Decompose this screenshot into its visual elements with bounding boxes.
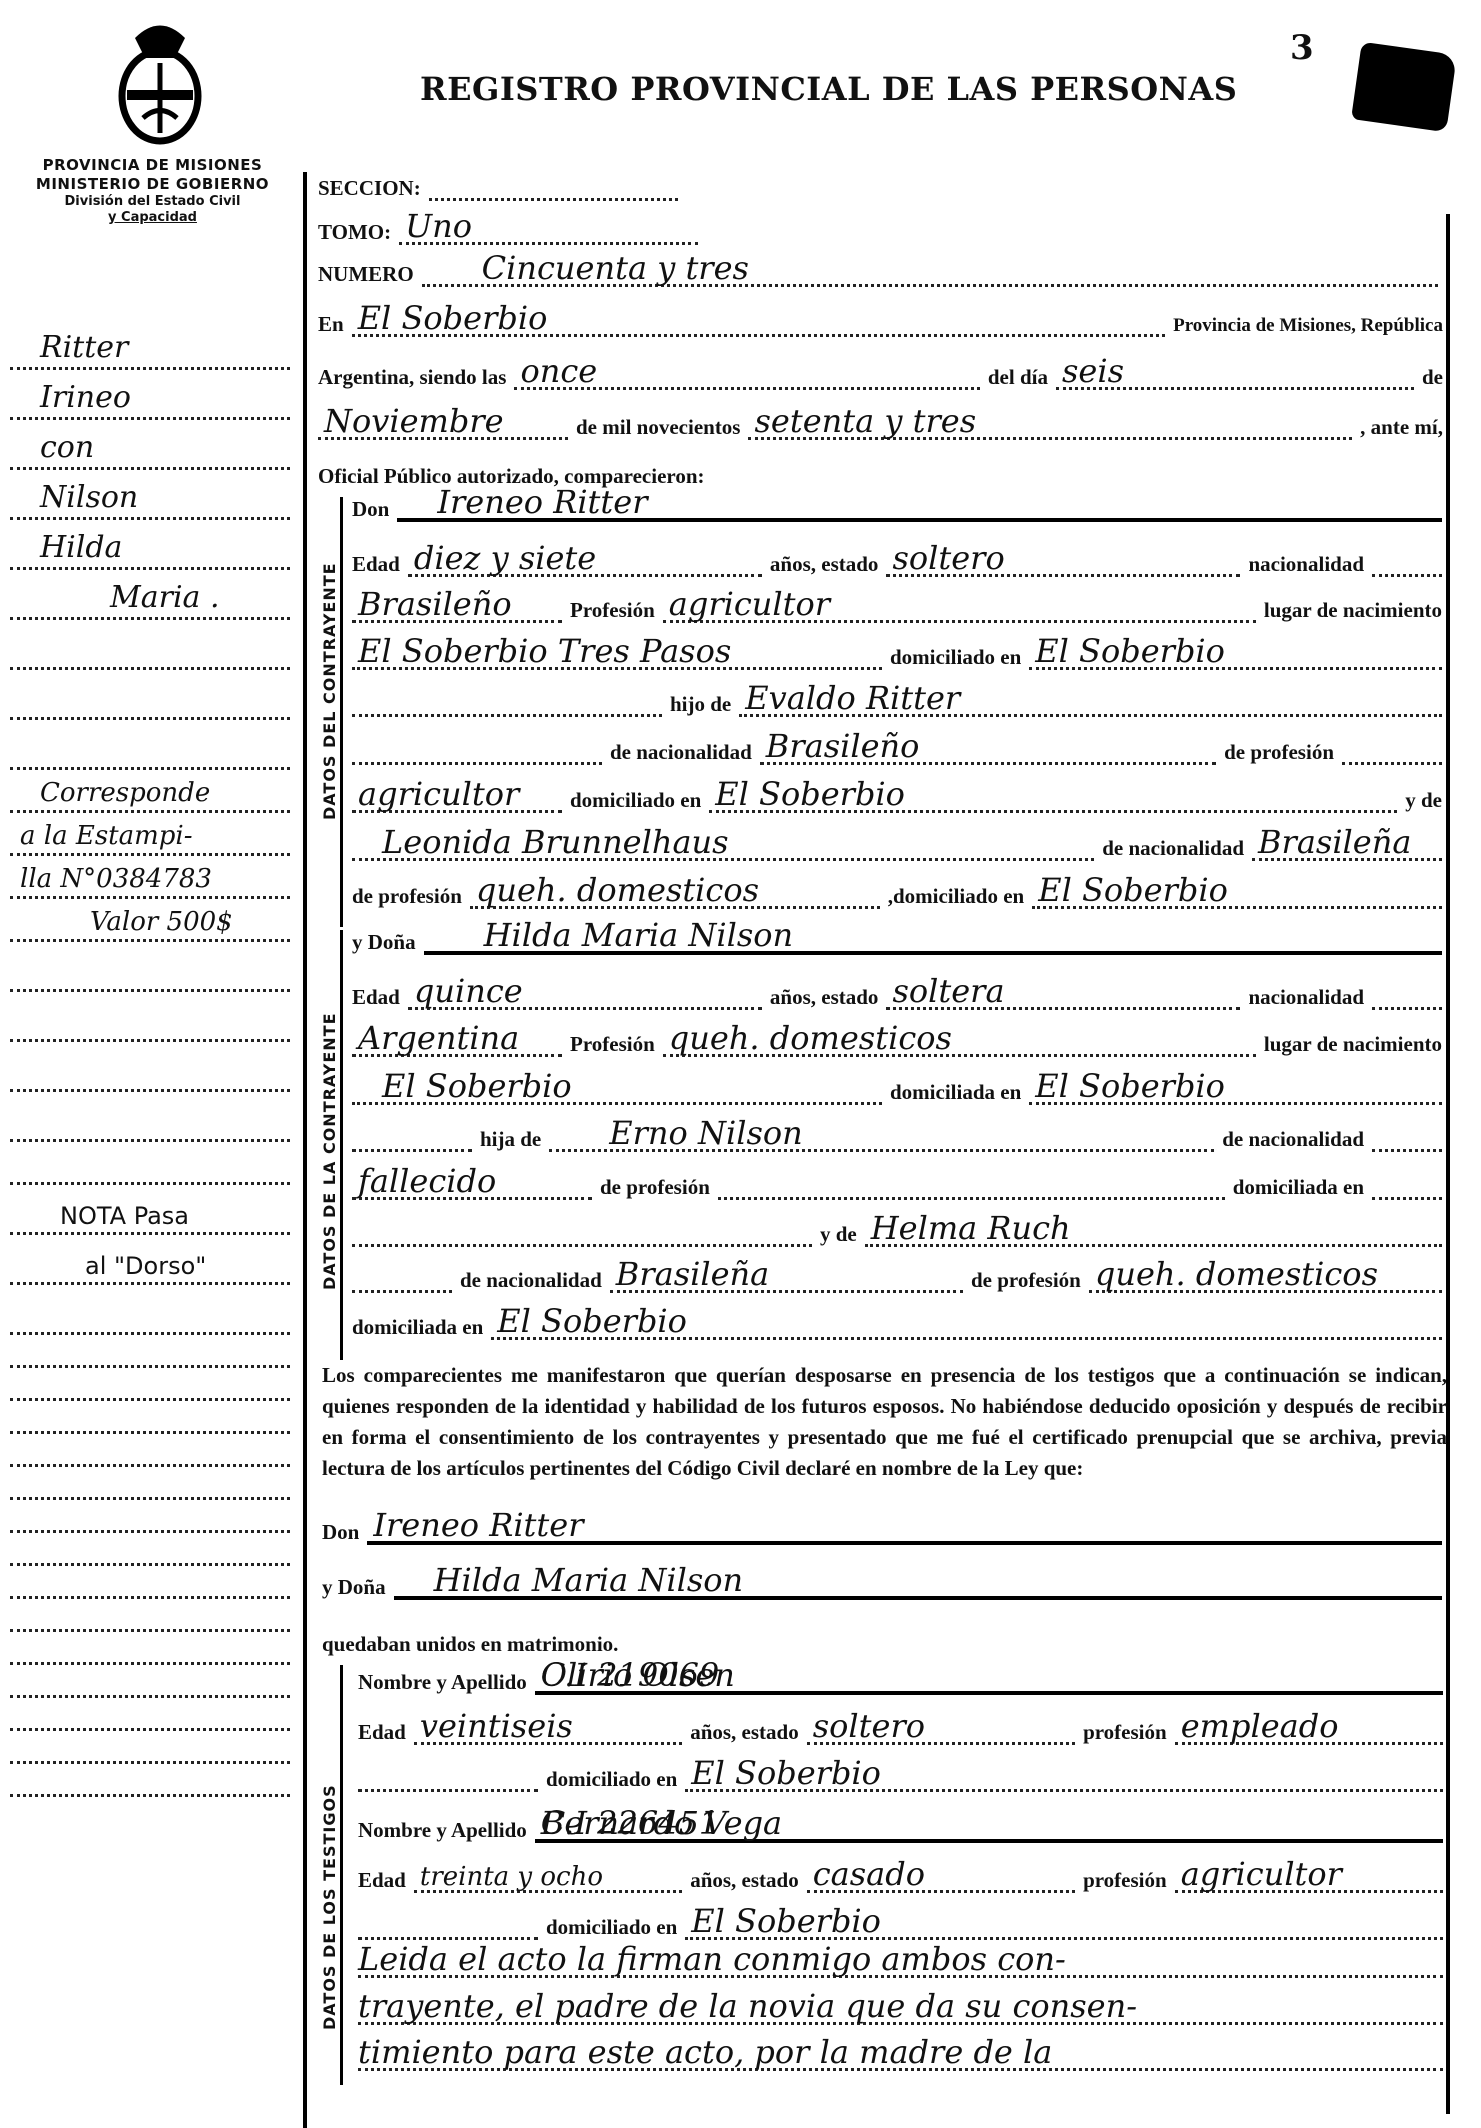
closing-line-3: timiento para este acto, por la madre de… [358,2058,1443,2071]
contrayenta-madre-field[interactable]: Helma Ruch [865,1234,1442,1247]
contrayenta-nacionalidad-field[interactable]: Argentina [352,1044,562,1057]
margin-line: lla N°0384783 [10,856,290,899]
contrayente-lugar-field[interactable]: El Soberbio Tres Pasos [352,657,882,670]
closing-line-1: Leida el acto la firman conmigo ambos co… [358,1965,1443,1978]
numero-field[interactable]: Cincuenta y tres [422,274,1438,287]
contrayenta-lugar-row: El Soberbio domiciliada en El Soberbio [352,1080,1442,1105]
margin-line [10,1142,290,1185]
testigo1-nombre-field[interactable]: Olirio Olsen C.I 219069 [535,1681,1443,1695]
margin-line [10,1599,290,1632]
section-label-testigos: DATOS DE LOS TESTIGOS [320,1784,339,2030]
contrayenta-padre-field[interactable]: Erno Nilson [549,1139,1214,1152]
contrayenta-madre-row: y de Helma Ruch [352,1222,1442,1247]
margin-line [10,1665,290,1698]
contrayenta-madre-dom-row: domiciliada en El Soberbio [352,1315,1442,1340]
contrayente-lugar-row: El Soberbio Tres Pasos domiciliado en El… [352,645,1442,670]
numero-row: NUMERO Cincuenta y tres [318,262,1438,287]
contrayenta-edad-row: Edad quince años, estado soltera naciona… [352,985,1442,1010]
margin-line: Irineo [10,370,290,420]
agency-subdivision: y Capacidad [10,210,295,226]
contrayente-edad-row: Edad diez y siete años, estado soltero n… [352,552,1442,577]
testigo1-edad-field[interactable]: veintiseis [414,1732,682,1745]
testigo2-estado-field[interactable]: casado [807,1880,1075,1893]
section-label-contrayente: DATOS DEL CONTRAYENTE [320,562,339,820]
declaration-closing: quedaban unidos en matrimonio. [322,1632,618,1657]
testigo1-nombre-row: Nombre y Apellido Olirio Olsen C.I 21906… [358,1670,1443,1695]
testigo1-domicilio-row: domiciliado en El Soberbio [358,1767,1443,1792]
contrayenta-profesion-row: Argentina Profesión queh. domesticos lug… [352,1032,1442,1057]
contrayente-nombre-row: Don Ireneo Ritter [352,497,1442,522]
contrayenta-padre-row: hija de Erno Nilson de nacionalidad [352,1127,1442,1152]
declaration-don-field[interactable]: Ireneo Ritter [367,1531,1442,1545]
margin-line [10,720,290,770]
margin-line: Maria . [10,570,290,620]
contrayente-edad-field[interactable]: diez y siete [408,564,762,577]
margin-line [10,1092,290,1142]
testigo1-profesion-field[interactable]: empleado [1175,1732,1443,1745]
margin-line: con [10,420,290,470]
margin-line [10,1764,290,1797]
margin-line: a la Estampi- [10,813,290,856]
testigos-rule [340,1665,343,2085]
margin-line [10,1731,290,1764]
testigo2-profesion-field[interactable]: agricultor [1175,1880,1443,1893]
contrayente-profesion-field[interactable]: agricultor [663,610,1256,623]
contrayenta-madre-nac-row: de nacionalidad Brasileña de profesión q… [352,1268,1442,1293]
margin-line [10,992,290,1042]
ink-stamp-blot [1351,42,1457,133]
margin-line: Corresponde [10,770,290,813]
margin-line [10,1566,290,1599]
coat-of-arms-icon [115,18,205,148]
contrayente-padre-nac-row: de nacionalidad Brasileño de profesión [352,740,1442,765]
issuing-agency: PROVINCIA DE MISIONES MINISTERIO DE GOBI… [10,156,295,226]
contrayente-nacionalidad-field[interactable]: Brasileño [352,610,562,623]
hora-field[interactable]: once [514,377,979,390]
contrayenta-padre-prof-row: fallecido de profesión domiciliada en [352,1175,1442,1200]
margin-line [10,1533,290,1566]
margin-line: Nilson [10,470,290,520]
margin-line [10,670,290,720]
seccion-row: SECCION: [318,176,678,201]
contrayenta-padre-profesion-field[interactable] [718,1187,1225,1200]
margin-line: Valor 500$ [10,899,290,942]
page-number: 3 [1290,28,1314,68]
margin-line [10,1042,290,1092]
testigo2-nombre-field[interactable]: Bernardo Vega C.I 226451 [535,1829,1443,1843]
margin-line [10,1698,290,1731]
contrayente-padre-profesion-field[interactable]: agricultor [352,800,562,813]
testigo2-domicilio-row: domiciliado en El Soberbio [358,1915,1443,1940]
main-left-rule [303,172,307,2128]
declaration-don-row: Don Ireneo Ritter [322,1520,1442,1545]
testigo2-domicilio-field[interactable]: El Soberbio [685,1927,1443,1940]
mes-field[interactable]: Noviembre [318,427,568,440]
contrayente-madre-profesion-field[interactable]: queh. domesticos [470,896,880,909]
contrayenta-madre-domicilio-field[interactable]: El Soberbio [491,1327,1442,1340]
testigo2-edad-field[interactable]: treinta y ocho [414,1880,682,1893]
margin-line [10,1500,290,1533]
contrayente-domicilio-field[interactable]: El Soberbio [1029,657,1442,670]
document-title: REGISTRO PROVINCIAL DE LAS PERSONAS [420,70,1237,108]
contrayenta-padre-domicilio-field[interactable] [1372,1187,1442,1200]
margin-line [10,620,290,670]
tomo-field[interactable]: Uno [399,232,698,245]
contrayenta-estado-field[interactable]: soltera [886,997,1240,1010]
margin-notes: Ritter Irineo con Nilson Hilda Maria . C… [10,320,290,1797]
declaration-dona-field[interactable]: Hilda Maria Nilson [394,1586,1442,1600]
contrayenta-domicilio-field[interactable]: El Soberbio [1029,1092,1442,1105]
declaration-dona-row: y Doña Hilda Maria Nilson [322,1575,1442,1600]
agency-division: División del Estado Civil [10,194,295,210]
contrayente-madre-nacionalidad-field[interactable]: Brasileña [1252,848,1442,861]
contrayente-padre-dom-row: agricultor domiciliado en El Soberbio y … [352,788,1442,813]
contrayente-madre-row: Leonida Brunnelhaus de nacionalidad Bras… [352,836,1442,861]
agency-ministry: MINISTERIO DE GOBIERNO [10,175,295,194]
declaration-paragraph: Los comparecientes me manifestaron que q… [322,1360,1447,1484]
margin-line [10,1285,290,1335]
contrayenta-padre-nacionalidad-field[interactable]: fallecido [352,1187,592,1200]
margin-line [10,1401,290,1434]
main-right-rule [1446,214,1450,2114]
contrayenta-rule [340,930,343,1360]
fecha-row: Noviembre de mil novecientos setenta y t… [318,415,1443,440]
anio-field[interactable]: setenta y tres [748,427,1352,440]
testigo1-edad-row: Edad veintiseis años, estado soltero pro… [358,1720,1443,1745]
margin-line [10,1434,290,1467]
contrayenta-madre-nacionalidad-field[interactable]: Brasileña [610,1280,963,1293]
contrayenta-profesion-field[interactable]: queh. domesticos [663,1044,1256,1057]
contrayenta-edad-field[interactable]: quince [408,997,762,1010]
testigo2-ci: C.I 226451 [541,1807,1423,1839]
contrayente-padre-nacionalidad-field[interactable]: Brasileño [760,752,1216,765]
contrayente-padre-domicilio-field[interactable]: El Soberbio [709,800,1397,813]
testigo1-ci: C.I 219069 [541,1659,1423,1691]
lugar-field[interactable]: El Soberbio [352,324,1165,337]
contrayente-madre-prof-row: de profesión queh. domesticos ,domicilia… [352,884,1442,909]
margin-line [10,1632,290,1665]
margin-line [10,942,290,992]
margin-line [10,1467,290,1500]
contrayenta-madre-profesion-field[interactable]: queh. domesticos [1089,1280,1442,1293]
contrayente-madre-field[interactable]: Leonida Brunnelhaus [352,848,1094,861]
testigo2-nombre-row: Nombre y Apellido Bernardo Vega C.I 2264… [358,1818,1443,1843]
margin-line: Hilda [10,520,290,570]
contrayente-madre-domicilio-field[interactable]: El Soberbio [1032,896,1442,909]
agency-province: PROVINCIA DE MISIONES [10,156,295,175]
contrayente-padre-field[interactable]: Evaldo Ritter [739,704,1442,717]
margin-line: al "Dorso" [10,1235,290,1285]
contrayente-nombre-field[interactable]: Ireneo Ritter [397,508,1442,522]
testigo1-estado-field[interactable]: soltero [807,1732,1075,1745]
testigo2-edad-row: Edad treinta y ocho años, estado casado … [358,1868,1443,1893]
hora-row: Argentina, siendo las once del día seis … [318,365,1443,390]
testigo1-domicilio-field[interactable]: El Soberbio [685,1779,1443,1792]
contrayente-profesion-row: Brasileño Profesión agricultor lugar de … [352,598,1442,623]
margin-line: Ritter [10,320,290,370]
lugar-row: En El Soberbio Provincia de Misiones, Re… [318,312,1443,337]
closing-line-2: trayente, el padre de la novia que da su… [358,2012,1443,2025]
contrayente-estado-field[interactable]: soltero [886,564,1240,577]
contrayenta-nombre-field[interactable]: Hilda Maria Nilson [424,941,1442,955]
contrayenta-nombre-row: y Doña Hilda Maria Nilson [352,930,1442,955]
tomo-row: TOMO: Uno [318,220,698,245]
margin-line [10,1335,290,1368]
margin-line [10,1368,290,1401]
section-label-contrayenta: DATOS DE LA CONTRAYENTE [320,1012,339,1290]
contrayenta-lugar-field[interactable]: El Soberbio [352,1092,882,1105]
contrayente-padre-row: hijo de Evaldo Ritter [352,692,1442,717]
dia-field[interactable]: seis [1056,377,1414,390]
contrayente-rule [340,497,343,927]
seccion-field[interactable] [429,188,678,201]
margin-line: NOTA Pasa [10,1185,290,1235]
